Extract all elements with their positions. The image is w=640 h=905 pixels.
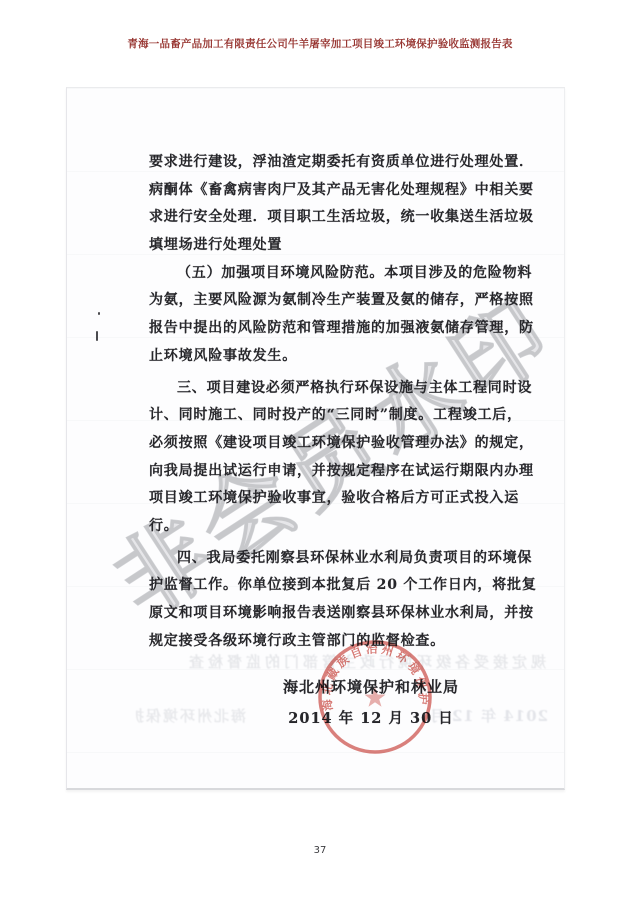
ink-speck bbox=[96, 331, 98, 341]
text-line: 要求进行建设，浮油渣定期委托有资质单位进行处理处置． bbox=[149, 149, 511, 177]
page-number: 37 bbox=[0, 845, 640, 856]
text-line: 向我局提出试运行申请，并按规定程序在试运行期限内办理 bbox=[149, 458, 511, 486]
seal-star-icon bbox=[365, 687, 386, 707]
text-line: 必须按照《建设项目竣工环境保护验收管理办法》的规定， bbox=[149, 430, 511, 458]
text-line: 三、项目建设必须严格执行环保设施与主体工程同时设 bbox=[149, 375, 511, 403]
text-line: 填埋场进行处理处置 bbox=[149, 232, 511, 260]
text-line: 报告中提出的风险防范和管理措施的加强液氨储存管理，防 bbox=[149, 315, 511, 343]
paragraph: 要求进行建设，浮油渣定期委托有资质单位进行处理处置．病酮体《畜禽病害肉尸及其产品… bbox=[149, 149, 511, 260]
text-line: 护监督工作。你单位接到本批复后 20 个工作日内，将批复 bbox=[149, 572, 511, 600]
body-text: 要求进行建设，浮油渣定期委托有资质单位进行处理处置．病酮体《畜禽病害肉尸及其产品… bbox=[149, 149, 511, 655]
paragraph: （五）加强项目环境风险防范。本项目涉及的危险物料为氨，主要风险源为氨制冷生产装置… bbox=[149, 260, 511, 371]
text-line: 原文和项目环境影响报告表送刚察县环保林业水利局，并按 bbox=[149, 600, 511, 628]
text-line: 计、同时施工、同时投产的“三同时”制度。工程竣工后， bbox=[149, 402, 511, 430]
text-line: 病酮体《畜禽病害肉尸及其产品无害化处理规程》中相关要 bbox=[149, 177, 511, 205]
scanned-page: 非会员水印 规定接受各级环境行政主管部门的监督检查 海北州环境保护 2014 年… bbox=[66, 87, 565, 790]
official-seal: 海北藏族自治州环境保护和林业局 bbox=[313, 635, 437, 759]
paragraph: 三、项目建设必须严格执行环保设施与主体工程同时设计、同时施工、同时投产的“三同时… bbox=[149, 375, 511, 541]
text-line: 求进行安全处理．项目职工生活垃圾，统一收集送生活垃圾 bbox=[149, 204, 511, 232]
document-title: 青海一品畜产品加工有限责任公司牛羊屠宰加工项目竣工环境保护验收监测报告表 bbox=[0, 36, 640, 51]
text-line: 行。 bbox=[149, 513, 511, 541]
text-line: （五）加强项目环境风险防范。本项目涉及的危险物料 bbox=[149, 260, 511, 288]
text-line: 项目竣工环境保护验收事宜，验收合格后方可正式投入运 bbox=[149, 485, 511, 513]
text-line: 四、我局委托刚察县环保林业水利局负责项目的环境保 bbox=[149, 545, 511, 573]
text-line: 止环境风险事故发生。 bbox=[149, 343, 511, 371]
ink-speck bbox=[98, 312, 100, 315]
text-line: 为氨，主要风险源为氨制冷生产装置及氨的储存，严格按照 bbox=[149, 287, 511, 315]
bleedthrough-line-2-left: 海北州环境保护 bbox=[136, 705, 246, 725]
